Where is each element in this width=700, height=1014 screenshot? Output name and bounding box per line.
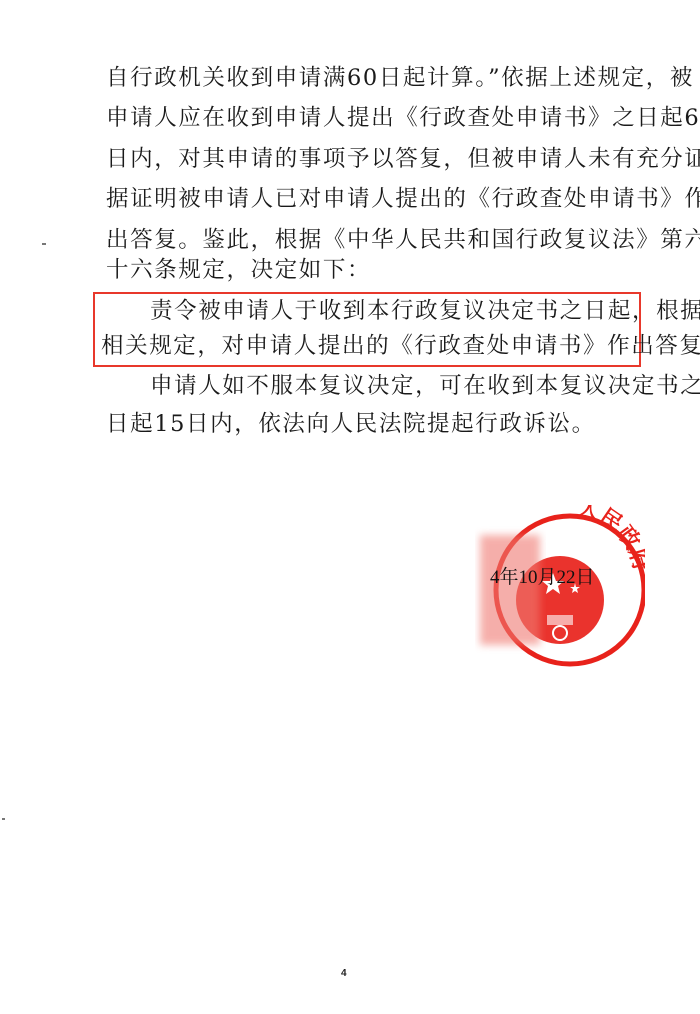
page-number: 4 <box>341 968 347 979</box>
appeal-line-1: 申请人如不服本复议决定，可在收到本复议决定书之 <box>150 372 690 400</box>
paragraph-1-line-5: 出答复。鉴此，根据《中华人民共和国行政复议法》第六 <box>106 226 646 254</box>
scan-speck <box>2 818 5 820</box>
paragraph-1-line-3: 日内，对其申请的事项予以答复，但被申请人未有充分证 <box>106 145 646 173</box>
decision-line-2: 相关规定，对申请人提出的《行政查处申请书》作出答复。 <box>101 332 641 360</box>
paragraph-1-line-2: 申请人应在收到申请人提出《行政查处申请书》之日起60 <box>106 104 646 132</box>
document-date: 4年10月22日 <box>490 562 595 589</box>
decision-line-1: 责令被申请人于收到本行政复议决定书之日起，根据 <box>150 297 690 325</box>
document-page: 自行政机关收到申请满60日起计算。”依据上述规定，被 申请人应在收到申请人提出《… <box>0 0 700 1014</box>
paragraph-1-line-4: 据证明被申请人已对申请人提出的《行政查处申请书》作 <box>106 185 646 213</box>
scan-speck <box>42 243 46 245</box>
appeal-line-2: 日起15日内，依法向人民法院提起行政诉讼。 <box>106 410 646 438</box>
official-seal-icon: 人民政府 <box>475 505 645 675</box>
paragraph-1-line-1: 自行政机关收到申请满60日起计算。”依据上述规定，被 <box>106 64 646 92</box>
paragraph-1-line-6: 十六条规定，决定如下： <box>106 256 646 284</box>
